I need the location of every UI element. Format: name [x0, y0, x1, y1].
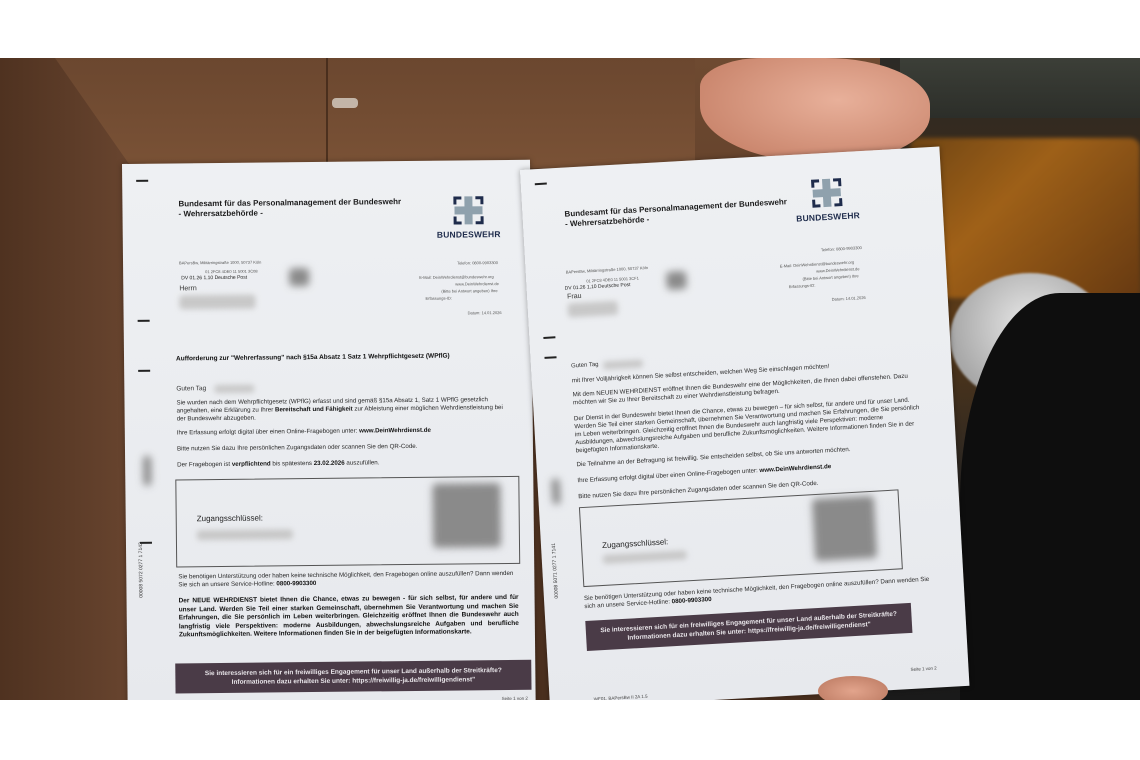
box-seam	[326, 58, 328, 170]
access-key-box: Zugangsschlüssel:	[579, 489, 903, 587]
org-name: Bundesamt für das Personalmanagement der…	[564, 197, 788, 229]
redacted-qr-code	[432, 483, 501, 548]
sender-line: BAPersBw, Militärringstraße 1000, 50737 …	[566, 265, 648, 275]
paragraph-online: Ihre Erfassung erfolgt digital über eine…	[177, 426, 513, 438]
greeting: Guten Tag	[571, 362, 599, 370]
postage-line: DV 01.26 1,10 Deutsche Post	[565, 282, 631, 292]
redacted-access-key	[603, 550, 687, 564]
reference-id: Erfassungs-ID:	[425, 296, 452, 301]
contact-email: E-Mail: DeinWehrdienst@bundeswehr.org	[419, 274, 494, 280]
redacted-stamp	[289, 268, 309, 286]
bundeswehr-logo: BUNDESWEHR	[428, 194, 508, 240]
reference-note: (Bitte bei Antwort angeben) Ihre	[441, 288, 497, 294]
org-name: Bundesamt für das Personalmanagement der…	[178, 197, 401, 219]
fold-mark	[535, 183, 547, 186]
reference-id: Erfassungs-ID:	[789, 283, 816, 289]
access-key-label: Zugangsschlüssel:	[602, 537, 669, 550]
logo-wordmark: BUNDESWEHR	[783, 209, 873, 224]
redacted-name	[603, 359, 643, 369]
logo-wordmark: BUNDESWEHR	[429, 229, 509, 240]
paragraph-credentials: Bitte nutzen Sie dazu Ihre persönlichen …	[177, 442, 513, 454]
letter-date: Datum: 14.01.2026	[832, 295, 866, 302]
paragraph-obligation: Sie wurden nach dem Wehrpflichtgesetz (W…	[176, 396, 512, 424]
iron-cross-icon	[451, 194, 485, 226]
fold-mark	[136, 180, 148, 182]
redacted-access-key	[197, 529, 293, 540]
box-tape	[332, 98, 358, 108]
bundeswehr-logo: BUNDESWEHR	[781, 174, 873, 224]
letter-right: Bundesamt für das Personalmanagement der…	[520, 147, 969, 700]
reference-note: (Bitte bei Antwort angeben) Ihre	[802, 273, 858, 281]
redacted-name	[214, 385, 254, 393]
fold-mark	[544, 356, 556, 359]
paragraph-promo: Der NEUE WEHRDIENST bietet Ihnen die Cha…	[179, 594, 519, 641]
paragraph-deadline: Der Fragebogen ist verpflichtend bis spä…	[177, 458, 513, 470]
contact-web: www.DeinWehrdienst.de	[816, 266, 860, 273]
redacted-name	[179, 295, 255, 310]
fold-mark	[138, 320, 150, 322]
redacted-qr-code	[812, 496, 877, 561]
greeting: Guten Tag	[176, 385, 206, 392]
volunteer-banner: Sie interessieren sich für ein freiwilli…	[585, 603, 912, 651]
box-flap-top	[55, 58, 695, 168]
letter-left: Bundesamt für das Personalmanagement der…	[122, 160, 536, 700]
access-key-label: Zugangsschlüssel:	[197, 514, 263, 524]
side-code: 00008 5072 0277 1 7143	[138, 542, 145, 598]
volunteer-banner: Sie interessieren sich für ein freiwilli…	[175, 660, 531, 694]
footer-code: WE01, BAPersBw II 2A 1.5 V 1.0 vom 15.12…	[594, 694, 649, 700]
contact-phone: Telefon: 0800-9903300	[457, 260, 498, 265]
page-number: Seite 1 von 2	[502, 696, 528, 700]
page-number: Seite 1 von 2	[910, 666, 937, 672]
contact-web: www.DeinWehrdienst.de	[455, 281, 499, 286]
box-flap-left	[0, 58, 140, 700]
iron-cross-icon	[809, 176, 845, 210]
fold-mark	[138, 370, 150, 372]
side-code: 00008 5071 0277 1 7141	[551, 543, 560, 599]
contact-phone: Telefon: 0800-9903300	[821, 245, 862, 252]
sender-line: BAPersBw, Militärringstraße 1000, 50737 …	[179, 260, 261, 266]
photo: Bundesamt für das Personalmanagement der…	[0, 58, 1140, 700]
recipient-title: Frau	[567, 293, 582, 301]
redacted-stamp	[666, 271, 687, 290]
letter-date: Datum: 14.01.2026	[468, 310, 502, 315]
redacted-name	[568, 301, 619, 318]
finger	[818, 676, 888, 700]
letter-subject: Aufforderung zur "Wehrerfassung" nach §1…	[176, 353, 450, 363]
access-key-box: Zugangsschlüssel:	[175, 476, 520, 568]
fold-mark	[543, 336, 555, 339]
recipient-title: Herrn	[179, 285, 197, 292]
redacted-barcode	[143, 456, 151, 486]
sleeve	[900, 58, 1140, 118]
postage-line: DV 01.26 1,10 Deutsche Post	[181, 275, 247, 282]
postal-code: 01 2FC8 4DE0 11 5001 3C08	[205, 269, 257, 275]
redacted-barcode	[551, 478, 560, 504]
paragraph-support: Sie benötigen Unterstützung oder haben k…	[178, 570, 518, 590]
